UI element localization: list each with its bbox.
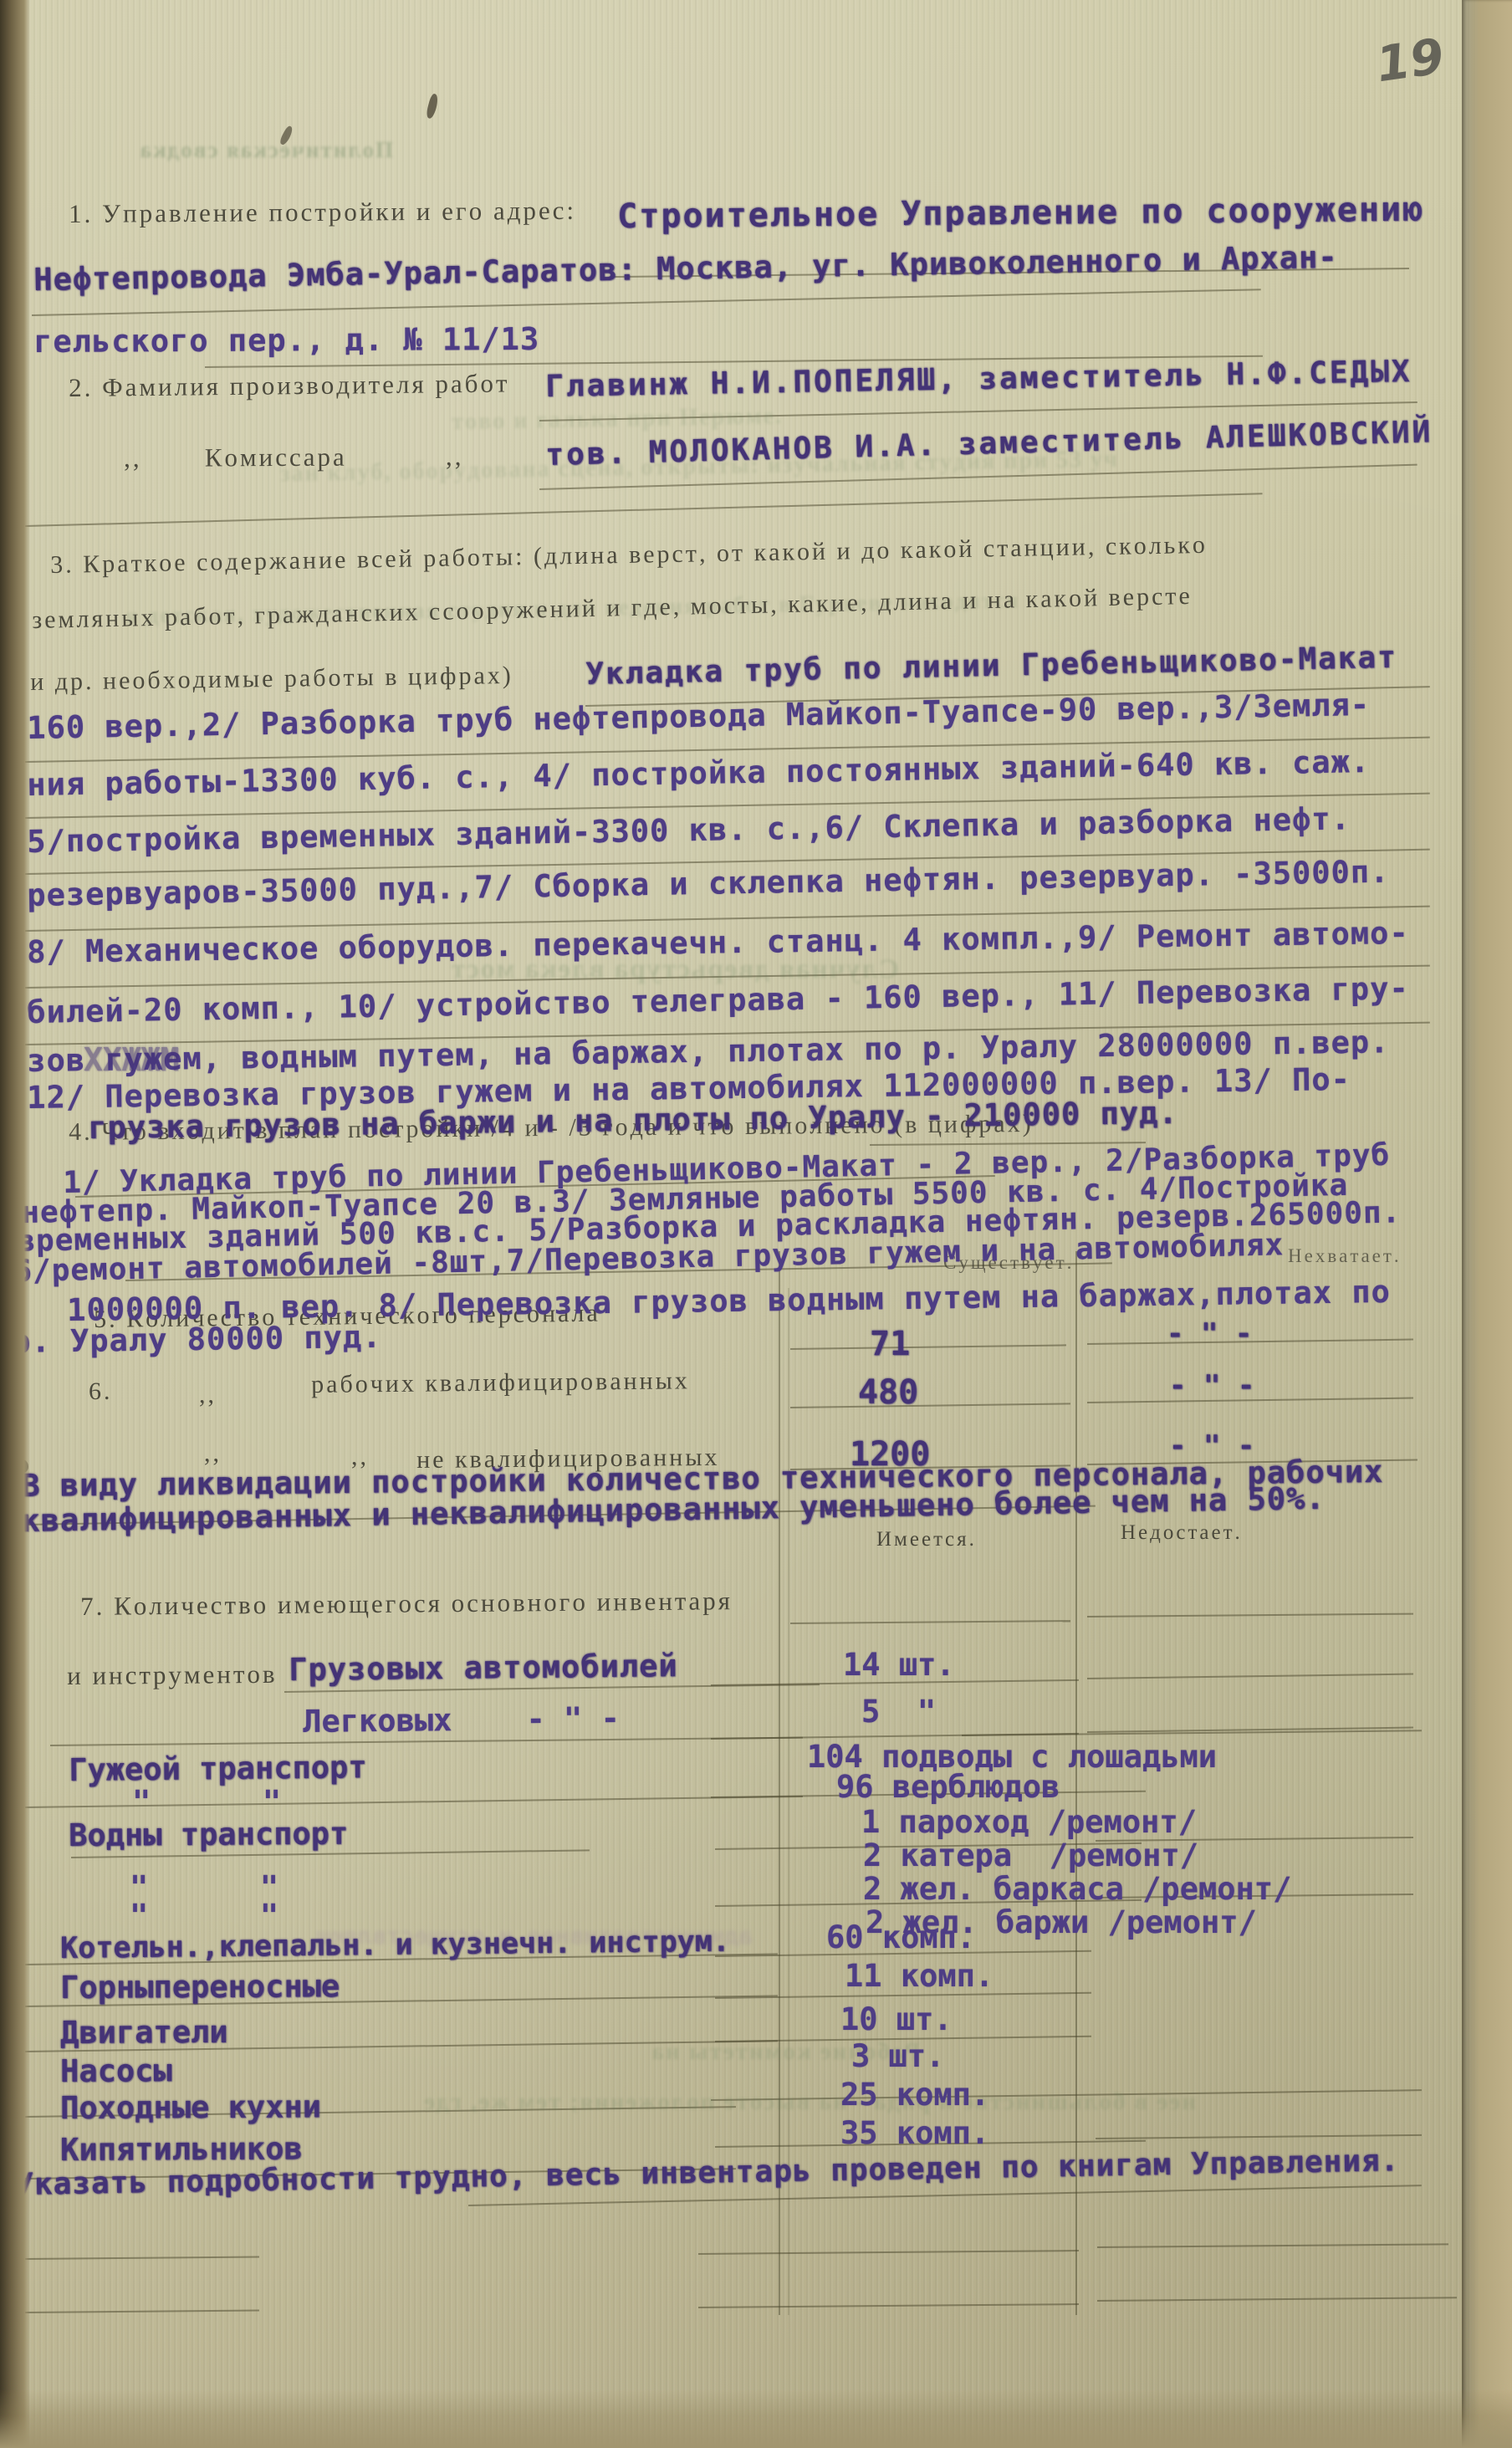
ink-speck [425, 93, 439, 120]
ditto-mark: ,, [199, 1382, 217, 1408]
ditto-mark-typed: " " [130, 1900, 278, 1933]
rule-line [790, 1344, 1066, 1350]
item-engines: Двигатели [60, 2016, 228, 2050]
value-tech-staff: 71 [870, 1326, 910, 1362]
form-label-3b: земляных работ, гражданских ссооружений … [32, 583, 1193, 634]
form-label-7b: и инструментов [67, 1661, 278, 1690]
value-field-kitchens: 25 комп. [840, 2079, 989, 2112]
page-edge-right [1462, 0, 1512, 2448]
ghost-line: нее в большинстве и ряда - на высоте пол… [422, 2089, 1196, 2114]
form-label-3c: и др. необходимые работы в цифрах) [30, 662, 513, 696]
form-label-1: 1. Управление постройки и его адрес: [69, 197, 576, 228]
item-boiler-tools: Котельн.,клепальн. и кузнечн. инструм. [60, 1927, 730, 1965]
answer-admin-name-1: Строительное Управление по сооружению [617, 192, 1424, 234]
rule-line [1087, 1613, 1413, 1618]
rule-line [790, 1403, 1070, 1408]
ditto-mark: ,, [204, 1440, 222, 1467]
rule-line [1087, 1674, 1413, 1679]
answer-admin-name-3: гельского пер., д. № 11/13 [33, 324, 539, 359]
rule-line [25, 2310, 259, 2313]
item-trucks: Грузовых автомобилей [289, 1650, 678, 1687]
value-water-3: 2 жел. баркаса /ремонт/ [863, 1873, 1291, 1906]
rule-line [790, 1620, 1070, 1624]
answer-work-3: ния работы-13300 куб. с., 4/ постройка п… [27, 746, 1370, 802]
form-label-commissar: ,, Комиссара ,, [124, 443, 464, 473]
ditto-mark-typed: " " [132, 1786, 281, 1819]
value-water-boilers: 35 комп. [840, 2118, 989, 2150]
rule-line [25, 2256, 259, 2260]
rule-line [1097, 2297, 1457, 2302]
col-header-available: Имеется. [876, 1529, 977, 1551]
item-water-boilers: Кипятильников [60, 2133, 303, 2166]
item-water-transport: Водны транспорт [69, 1818, 348, 1853]
item-pumps: Насосы [60, 2055, 172, 2088]
page-number: 19 [1373, 31, 1447, 91]
ghost-stamp: Политическая сводка [139, 138, 393, 161]
rule-line [698, 2250, 1079, 2255]
page-edge-bottom [0, 2389, 1512, 2448]
item-horse-transport: Гужеой транспорт [69, 1751, 367, 1787]
col-header-lacking: Нехватает. [1288, 1246, 1402, 1266]
value-cars: 5 " [861, 1696, 936, 1729]
value-boiler-tools: 60 комп. [826, 1922, 975, 1955]
value-engines: 10 шт. [840, 2004, 953, 2037]
value-trucks: 14 шт. [843, 1649, 955, 1682]
rule-line [1096, 2134, 1422, 2139]
answer-work-1: Укладка труб по линии Гребеньщиково-Мака… [585, 642, 1397, 691]
form-label-2: 2. Фамилия производителя работ [69, 370, 510, 401]
item-field-kitchens: Походные кухни [60, 2091, 321, 2124]
value-horse-2: 96 верблюдов [836, 1771, 1060, 1804]
value-portable-forges: 11 комп. [845, 1960, 994, 1993]
form-label-6: 6. [89, 1378, 113, 1405]
form-label-3a: 3. Краткое содержание всей работы: (длин… [50, 532, 1208, 579]
overstrike-mark: ХХЖЖМ [84, 1044, 179, 1077]
rule-line [698, 2303, 1079, 2308]
answer-year-6: р. Уралу 80000 пуд. [12, 1321, 382, 1359]
value-water-2: 2 катера /ремонт/ [863, 1840, 1198, 1873]
rule-line [1097, 2243, 1448, 2248]
item-portable-forges: Горныпереносные [60, 1970, 340, 2005]
ghost-line: тово и галька при Нерюме. [452, 404, 783, 434]
value-skilled-workers: 480 [858, 1375, 918, 1410]
document-page: Политическая сводкатово и галька при Нер… [0, 0, 1512, 2448]
answer-work-2: 160 вер.,2/ Разборка труб нефтепровода М… [27, 689, 1370, 745]
item-cars: Легковых - " - [303, 1703, 620, 1739]
value-water-1: 1 пароход /ремонт/ [861, 1807, 1197, 1839]
form-label-7: 7. Количество имеющегося основного инвен… [80, 1587, 733, 1620]
ditto-value: - " - [1167, 1320, 1252, 1350]
col-header-missing: Недостает. [1121, 1522, 1243, 1544]
answer-work-4: 5/постройка временных зданий-3300 кв. с.… [27, 803, 1351, 858]
ink-speck [17, 1459, 28, 1473]
answer-engineer: Главинж Н.И.ПОПЕЛЯШ, заместитель Н.Ф.СЕД… [545, 356, 1412, 403]
ditto-value: - " - [1169, 1372, 1254, 1402]
value-pumps: 3 шт. [851, 2041, 944, 2073]
answer-admin-name-2: Нефтепровода Эмба-Урал-Саратов: Москва, … [33, 242, 1338, 297]
answer-work-5: резервуаров-35000 пуд.,7/ Сборка и склеп… [27, 856, 1390, 912]
rule-line [25, 493, 1263, 527]
form-label-6a: рабочих квалифицированных [311, 1367, 690, 1398]
